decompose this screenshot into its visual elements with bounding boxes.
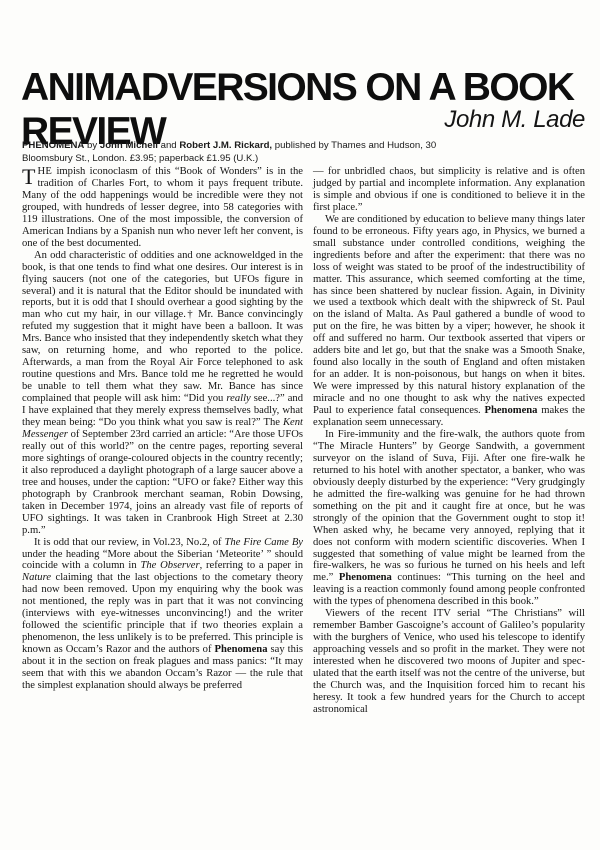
book-title-ref: Phenomena	[484, 405, 537, 416]
drop-cap: T	[22, 168, 35, 186]
book-title-ref: Phenomena	[339, 572, 392, 583]
paragraph-text: An odd characteristic of oddities and on…	[22, 250, 303, 404]
paragraph-text: impish iconoclasm of this “Book of Wonde…	[22, 166, 303, 249]
paragraph-text: of September 23rd carried an article: “A…	[22, 429, 303, 536]
first-word: HE	[37, 166, 52, 177]
and-text: and	[161, 140, 177, 151]
paragraph-text: In Fire-immunity and the fire-walk, the …	[313, 429, 585, 583]
paragraph-text: We are conditioned by education to belie…	[313, 214, 585, 416]
paragraph-text: , referring to a paper in	[200, 560, 303, 571]
paragraph: It is odd that our review, in Vol.23, No…	[22, 537, 303, 692]
paragraph: THE impish iconoclasm of this “Book of W…	[22, 166, 303, 250]
paragraph: In Fire-immunity and the fire-walk, the …	[313, 429, 585, 608]
paragraph: — for unbridled chaos, but simplicity is…	[313, 166, 585, 214]
book-author-1: John Michell	[100, 140, 158, 151]
book-info: PHENOMENA by John Michell and Robert J.M…	[22, 139, 442, 166]
publication-name: The Observer	[140, 560, 199, 571]
paragraph: We are conditioned by education to belie…	[313, 214, 585, 429]
by-text: by	[87, 140, 97, 151]
book-author-2: Robert J.M. Rickard,	[179, 140, 272, 151]
book-title-ref: Phenomena	[215, 644, 268, 655]
paragraph: Viewers of the recent ITV serial “The Ch…	[313, 608, 585, 716]
paragraph-text: It is odd that our review, in Vol.23, No…	[34, 537, 225, 548]
left-column: THE impish iconoclasm of this “Book of W…	[22, 166, 303, 692]
author-byline: John M. Lade	[444, 106, 585, 134]
title-line-1: ANIMADVERSIONS ON A BOOK	[21, 66, 573, 109]
book-title: PHENOMENA	[22, 140, 84, 151]
paragraph: An odd characteristic of oddities and on…	[22, 250, 303, 537]
emphasis-text: really	[226, 393, 250, 404]
paragraph-text: claiming that the last objections to the…	[22, 572, 303, 655]
publication-name: Nature	[22, 572, 51, 583]
right-column: — for unbridled chaos, but simplicity is…	[313, 166, 585, 716]
publication-name: The Fire Came By	[225, 537, 303, 548]
